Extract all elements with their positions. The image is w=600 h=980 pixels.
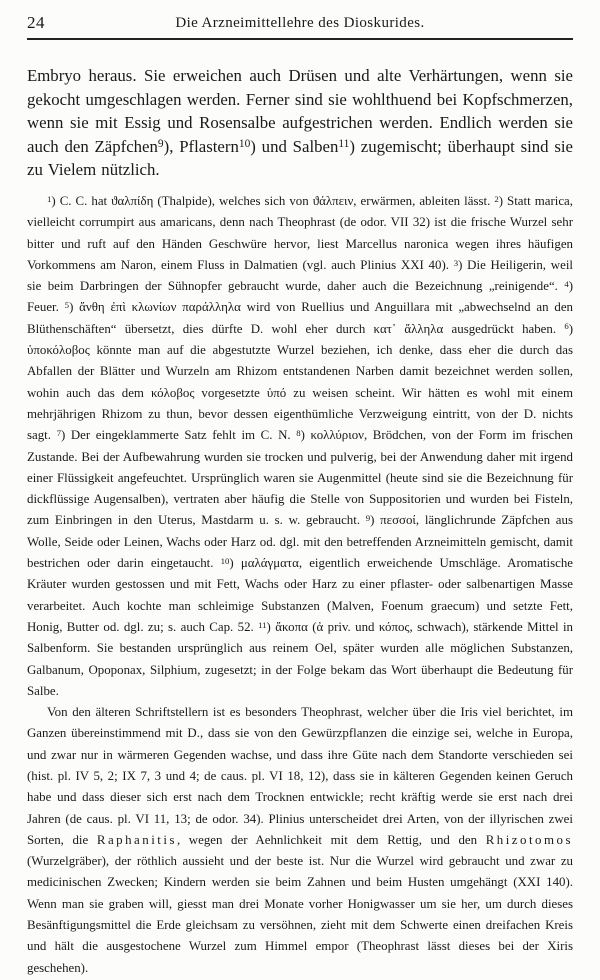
footnote-10-marker: 10: [221, 556, 230, 566]
running-title: Die Arzneimittellehre des Dioskurides.: [27, 12, 573, 32]
plant-name-rhizotomos: Rhizotomos: [486, 833, 573, 847]
commentary-paragraph: Von den älteren Schriftstellern ist es b…: [27, 702, 573, 979]
footnote-6-text: ) ὑποκόλοβος könnte man auf die abgestut…: [27, 322, 573, 442]
footnote-5-marker: 5: [65, 300, 69, 310]
footnote-7-marker: 7: [57, 428, 61, 438]
body-text-run: ) und Salben: [250, 137, 338, 156]
footnote-4-marker: 4: [564, 279, 568, 289]
page-header: 24 Die Arzneimittellehre des Dioskurides…: [27, 12, 573, 35]
commentary-text-run: , wegen der Aehnlichkeit mit dem Rettig,…: [177, 833, 486, 847]
body-text-run: ), Pflastern: [164, 137, 239, 156]
book-page: 24 Die Arzneimittellehre des Dioskurides…: [0, 0, 600, 980]
page-number: 24: [27, 13, 45, 33]
footnote-1-marker: 1: [47, 194, 51, 204]
commentary-text-run: Von den älteren Schriftstellern ist es b…: [27, 705, 573, 847]
footnote-ref-9: 9: [158, 138, 164, 150]
footnote-3-marker: 3: [454, 258, 458, 268]
footnote-ref-10: 10: [239, 138, 250, 150]
footnote-8-marker: 8: [296, 428, 300, 438]
commentary-text-run: (Wurzelgräber), der röthlich aussieht un…: [27, 854, 573, 974]
footnote-9-marker: 9: [366, 513, 370, 523]
footnote-1-text: ) C. C. hat ϑαλπίδη (Thalpide), welches …: [51, 194, 494, 208]
footnotes-block: 1) C. C. hat ϑαλπίδη (Thalpide), welches…: [27, 191, 573, 702]
footnote-6-marker: 6: [564, 321, 568, 331]
body-paragraph: Embryo heraus. Sie erweichen auch Drüsen…: [27, 64, 573, 182]
footnote-7-text: ) Der eingeklammerte Satz fehlt im C. N.: [61, 428, 296, 442]
footnote-5-text: ) ἄνθη ἐπὶ κλωνίων παράλληλα wird von Ru…: [27, 300, 573, 335]
header-rule: [27, 38, 573, 40]
footnote-11-marker: 11: [258, 620, 266, 630]
footnote-ref-11: 11: [338, 138, 349, 150]
plant-name-raphanitis: Raphanitis: [97, 833, 177, 847]
footnote-2-marker: 2: [494, 194, 498, 204]
